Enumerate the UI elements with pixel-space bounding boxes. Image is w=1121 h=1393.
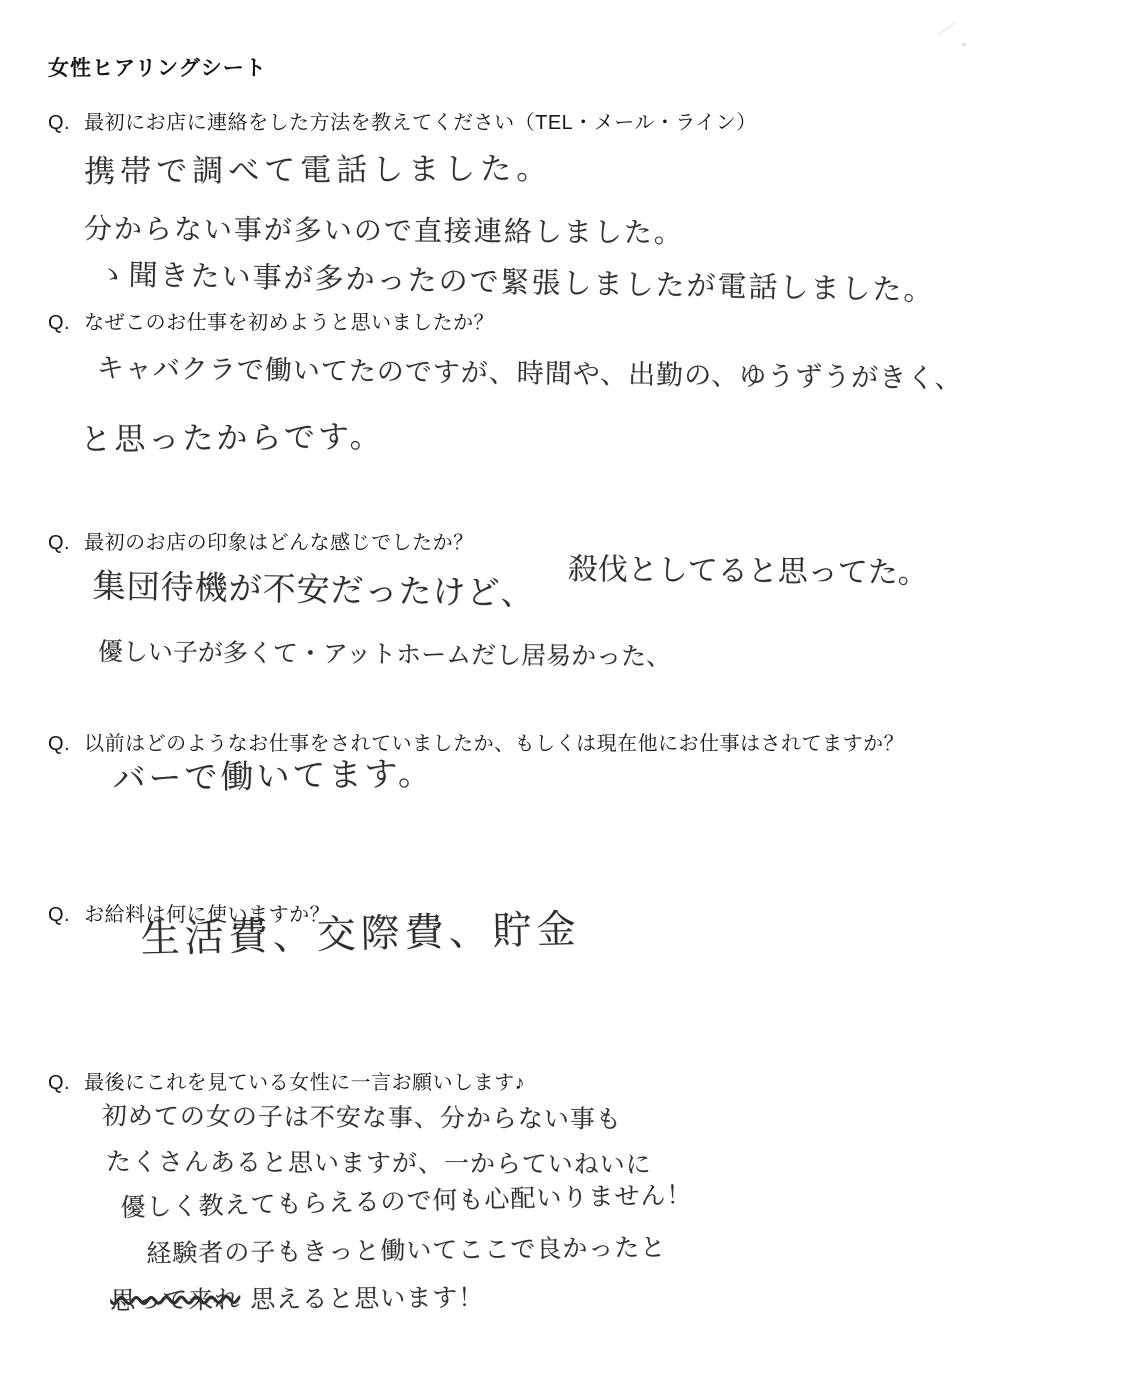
q5-answer-line-1: 生活費、交際費、貯金 xyxy=(140,898,581,964)
q3-answer-line-3: 優しい子が多くて・アットホームだし居易かった、 xyxy=(98,632,672,673)
scan-artifact-speck xyxy=(962,43,966,46)
q3-answer-line-1: 集団待機が不安だったけど、 xyxy=(92,560,535,615)
question-5-label: Q. xyxy=(48,904,70,926)
crossed-out-text: 思って来れ xyxy=(110,1286,240,1315)
question-1: Q.最初にお店に連絡をした方法を教えてください（TEL・メール・ライン） xyxy=(48,106,757,135)
q6-answer-line-3: 優しく教えてもらえるので何も心配いりません！ xyxy=(120,1175,693,1224)
question-3-label: Q. xyxy=(48,532,70,554)
q2-answer-line-2: と思ったからです。 xyxy=(80,411,384,459)
page-title: 女性ヒアリングシート xyxy=(48,52,267,82)
q6-answer-line-5-text: 思えると思います！ xyxy=(250,1284,484,1314)
q1-answer-line-3: ゝ聞きたい事が多かったので緊張しましたが電話しました。 xyxy=(97,252,935,309)
hearing-sheet-document: 女性ヒアリングシート Q.最初にお店に連絡をした方法を教えてください（TEL・メ… xyxy=(0,0,1121,1393)
q6-answer-line-1: 初めての女の子は不安な事、分からない事も xyxy=(102,1096,622,1136)
question-2-text: なぜこのお仕事を初めようと思いましたか？ xyxy=(84,312,494,334)
scan-artifact-scratch xyxy=(938,22,957,35)
question-4-label: Q. xyxy=(48,733,70,755)
q6-answer-line-2: たくさんあると思いますが、一からていねいに xyxy=(106,1142,652,1181)
question-1-label: Q. xyxy=(48,112,70,134)
question-6: Q.最後にこれを見ている女性に一言お願いします♪ xyxy=(48,1066,525,1095)
q4-answer-line-1: バーで働いてます。 xyxy=(112,747,434,800)
question-2-label: Q. xyxy=(48,312,70,334)
question-1-text: 最初にお店に連絡をした方法を教えてください（TEL・メール・ライン） xyxy=(84,112,757,134)
question-6-label: Q. xyxy=(48,1072,70,1094)
q6-answer-line-4: 経験者の子もきっと働いてここで良かったと xyxy=(146,1228,666,1270)
q3-answer-line-2: 殺伐としてると思ってた。 xyxy=(568,544,928,592)
question-3: Q.最初のお店の印象はどんな感じでしたか？ xyxy=(48,526,474,555)
question-2: Q.なぜこのお仕事を初めようと思いましたか？ xyxy=(48,306,494,335)
question-3-text: 最初のお店の印象はどんな感じでしたか？ xyxy=(84,532,474,554)
q1-answer-line-1: 携帯で調べて電話しました。 xyxy=(84,143,552,191)
question-6-text: 最後にこれを見ている女性に一言お願いします♪ xyxy=(84,1072,525,1094)
q2-answer-line-1: キャバクラで働いてたのですが、時間や、出勤の、ゆうずうがきく、 xyxy=(97,346,963,396)
q6-answer-line-5: 思って来れ思えると思います！ xyxy=(110,1278,484,1317)
q1-answer-line-2: 分からない事が多いので直接連絡しました。 xyxy=(84,207,684,251)
